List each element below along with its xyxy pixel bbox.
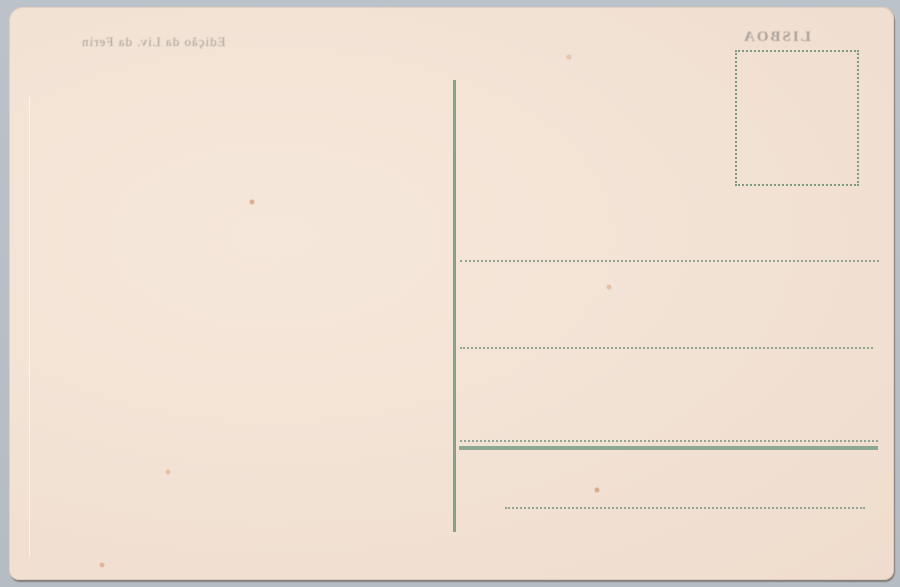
address-line-1	[460, 260, 879, 262]
postcard-back: Edição da Liv. da Ferin LISBOA	[9, 7, 894, 580]
stamp-box	[735, 50, 859, 186]
scan-background: Edição da Liv. da Ferin LISBOA	[0, 0, 900, 587]
publisher-imprint: Edição da Liv. da Ferin	[81, 34, 226, 50]
address-line-4	[505, 507, 865, 509]
address-line-2	[460, 347, 873, 349]
message-address-divider	[453, 80, 456, 532]
address-underline-solid	[459, 446, 878, 450]
city-imprint: LISBOA	[742, 29, 811, 46]
address-line-3	[460, 440, 878, 442]
